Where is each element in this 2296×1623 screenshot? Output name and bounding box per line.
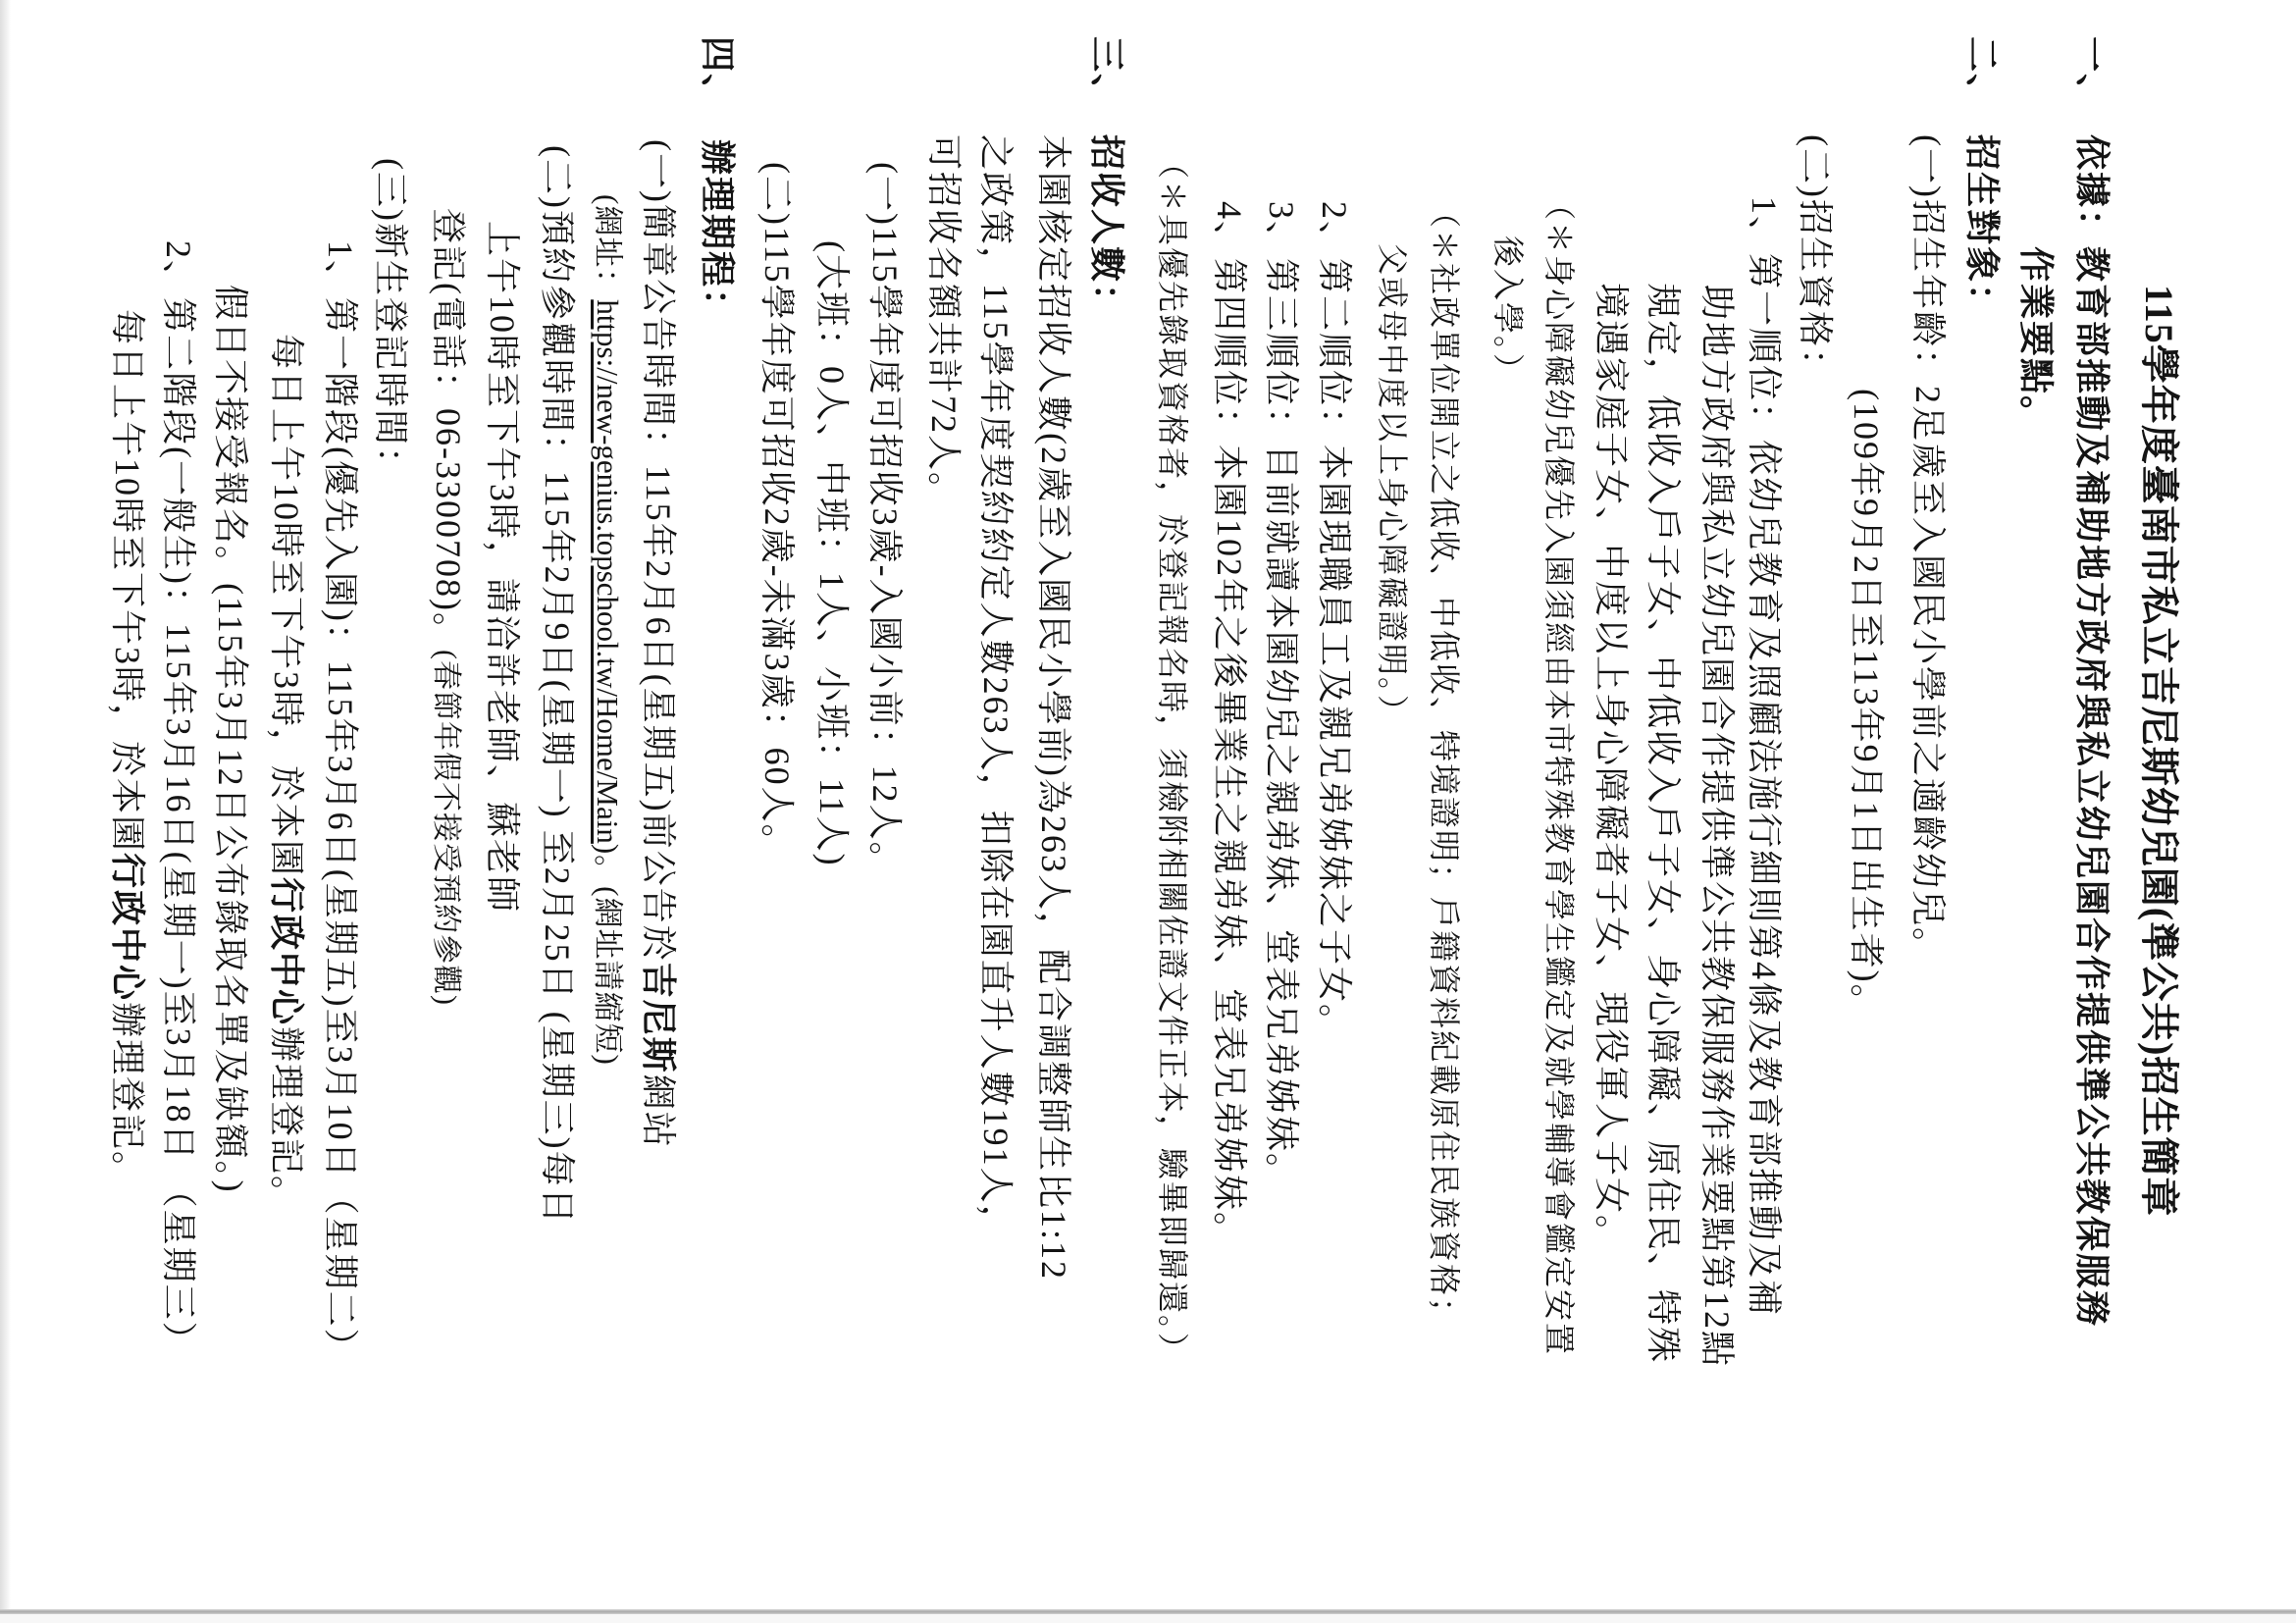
stage-2-title: 第二階段(一般生)： <box>159 297 198 623</box>
visit-label: (二)預約參觀時間： <box>538 145 577 471</box>
stage-1-dates: 115年3月6日(星期五)至3月10日（星期二） <box>321 660 360 1366</box>
priority-3-number: 3、 <box>1262 201 1301 258</box>
stage-1-action: 辦理登記。 <box>267 1026 306 1213</box>
scanned-document-page: 115學年度臺南市私立吉尼斯幼兒園(準公共)招生簡章 一、 依據：教育部推動及補… <box>0 0 2296 1623</box>
priority-1-number: 1、 <box>1745 196 1784 253</box>
section-1-text-cont: 作業要點。 <box>2016 246 2056 433</box>
url-prefix: (網址： <box>591 194 625 299</box>
priority-3-text: 第三順位：目前就讀本園幼兒之親弟妹、堂表兄弟姊妹。 <box>1262 258 1301 1190</box>
announcement-label: (一)簡章公告時間： <box>639 139 678 465</box>
quota-class-breakdown: (大班：0人、中班：1人、小班：11人) <box>812 240 852 867</box>
visit-hours: 上午10時至下午3時，請洽許老師、蘇老師 <box>483 221 522 914</box>
section-1-number: 一、 <box>2072 36 2112 111</box>
note-disability: （＊身心障礙幼兒優先入園須經由本市特殊教育學生鑑定及就學輔導會鑑定安置 <box>1539 188 1579 1356</box>
stage-2-dates: 115年3月16日(星期一)至3月18日 （星期三） <box>159 623 198 1359</box>
website-link[interactable]: https://new-genius.topschool.tw/Home/Mai… <box>591 299 625 844</box>
qualification-label: (二)招生資格： <box>1796 134 1835 386</box>
section-2-number: 二、 <box>1962 36 2002 111</box>
stage-1-hours-line: 每日上午10時至下午3時，於本園行政中心辦理登記。 <box>267 334 306 1213</box>
stage-2-action: 辦理登記。 <box>108 1002 147 1188</box>
note-documents-cont: 父或母中度以上身心障礙證明。） <box>1373 243 1412 728</box>
priority-2-text: 第二順位：本園現職員工及親兄弟姊妹之子女。 <box>1315 258 1354 1041</box>
quota-2-years: (二)115學年度可招收2歲-未滿3歲：60人。 <box>757 162 797 862</box>
note-disability-cont: 後入學。） <box>1488 236 1528 387</box>
section-3-heading: 招收人數： <box>1087 134 1126 321</box>
priority-1-line-cont: 規定，低收入戶子女、中低收入戶子女、身心障礙、原住民、特殊 <box>1644 283 1683 1364</box>
stage-2-number: 2、 <box>159 240 198 297</box>
announcement-text: 115年2月6日(星期五)前公告於 <box>639 465 678 963</box>
stage-2-place: 行政中心 <box>108 853 147 1002</box>
section-4-heading: 辦理期程： <box>698 139 737 326</box>
birth-date-range: (109年9月2日至113年9月1日出生者)。 <box>1847 389 1886 1021</box>
document-title: 115學年度臺南市私立吉尼斯幼兒園(準公共)招生簡章 <box>2136 285 2181 1217</box>
note-proof-documents: （＊具優先錄取資格者，於登記報名時，須檢附相關佐證文件正本，驗畢即歸還。） <box>1153 147 1192 1366</box>
section-1-heading: 依據： <box>2072 134 2112 246</box>
stage-1-dates-line: 1、第一階段(優先入園)：115年3月6日(星期五)至3月10日（星期二） <box>321 240 360 1366</box>
capacity-line: 可招收名額共計72人。 <box>924 134 964 509</box>
stage-1-title: 第一階段(優先入園)： <box>321 297 360 660</box>
enrollment-age-text: 2足歲至入國民小學前之適齡幼兒。 <box>1908 386 1948 965</box>
visit-dates: 115年2月9日(星期一) 至2月25日 (星期三)每日 <box>538 471 577 1226</box>
section-1-body: 依據：教育部推動及補助地方政府與私立幼兒園合作提供準公共教保服務 <box>2072 134 2112 1328</box>
visit-line: (二)預約參觀時間：115年2月9日(星期一) 至2月25日 (星期三)每日 <box>538 145 577 1226</box>
url-note: (網址請縮短) <box>591 886 625 1066</box>
section-3-number: 三、 <box>1087 36 1126 111</box>
announcement-site-name: 吉尼斯 <box>639 963 678 1074</box>
priority-1-line: 1、第一順位：依幼兒教育及照顧法施行細則第4條及教育部推動及補 <box>1745 196 1784 1317</box>
stage-2-hours-line: 每日上午10時至下午3時，於本園行政中心辦理登記。 <box>108 309 147 1188</box>
announcement-line: (一)簡章公告時間：115年2月6日(星期五)前公告於吉尼斯網站 <box>639 139 678 1149</box>
priority-4-number: 4、 <box>1210 201 1249 258</box>
stage-2-hours: 每日上午10時至下午3時，於本園 <box>108 309 147 853</box>
priority-1-line-cont: 助地方政府與私立幼兒園合作提供準公共教保服務作業要點第12點 <box>1697 285 1737 1368</box>
url-suffix: )。 <box>591 844 625 886</box>
priority-1-line-cont: 境遇家庭子女、中度以上身心障礙者子女、現役軍人子女。 <box>1592 283 1631 1252</box>
capacity-line: 本園核定招收人數(2歲至入國民小學前)為263人，配合調整師生比1:12 <box>1034 134 1073 1281</box>
enrollment-age-item: (一)招生年齡：2足歲至入國民小學前之適齡幼兒。 <box>1908 134 1948 965</box>
quota-3-years: (一)115學年度可招收3歲-入國小前：12人。 <box>865 162 905 879</box>
stage-2-dates-line: 2、第二階段(一般生)：115年3月16日(星期一)至3月18日 （星期三） <box>159 240 198 1359</box>
stage-1-hours: 每日上午10時至下午3時，於本園 <box>267 334 306 877</box>
visit-contact-line: 登記(電話：06-3300708)。(春節年假不接受預約參觀) <box>426 208 468 1006</box>
section-4-number: 四、 <box>698 36 737 111</box>
visit-phone: 登記(電話：06-3300708)。 <box>429 208 468 650</box>
visit-holiday-note: (春節年假不接受預約參觀) <box>430 650 462 1006</box>
stage-1-note: 假日不接受報名。(115年3月12日公布錄取名單及缺額。) <box>211 285 250 1194</box>
priority-2-number: 2、 <box>1315 201 1354 258</box>
stage-1-place: 行政中心 <box>267 877 306 1026</box>
section-2-heading: 招生對象： <box>1962 134 2002 321</box>
priority-4-line: 4、第四順位：本園102年之後畢業生之親弟妹、堂表兄弟姊妹。 <box>1210 201 1249 1249</box>
website-url-line: (網址：https://new-genius.topschool.tw/Home… <box>588 194 627 1066</box>
registration-label: (三)新生登記時間： <box>371 158 410 484</box>
announcement-suffix: 網站 <box>639 1074 678 1149</box>
section-1-text: 教育部推動及補助地方政府與私立幼兒園合作提供準公共教保服務 <box>2072 246 2112 1328</box>
priority-3-line: 3、第三順位：目前就讀本園幼兒之親弟妹、堂表兄弟姊妹。 <box>1262 201 1301 1190</box>
priority-4-text: 第四順位：本園102年之後畢業生之親弟妹、堂表兄弟姊妹。 <box>1210 258 1249 1249</box>
capacity-line: 之政策，115學年度契約約定人數263人，扣除在園直升人數191人， <box>976 134 1016 1242</box>
enrollment-age-label: (一)招生年齡： <box>1908 134 1948 386</box>
priority-1-text: 第一順位：依幼兒教育及照顧法施行細則第4條及教育部推動及補 <box>1745 253 1784 1317</box>
stage-1-number: 1、 <box>321 240 360 297</box>
priority-2-line: 2、第二順位：本園現職員工及親兄弟姊妹之子女。 <box>1315 201 1354 1041</box>
note-documents: （＊社政單位開立之低收、中低收、特境證明；戶籍資料紀載原住民族資格； <box>1425 196 1464 1331</box>
